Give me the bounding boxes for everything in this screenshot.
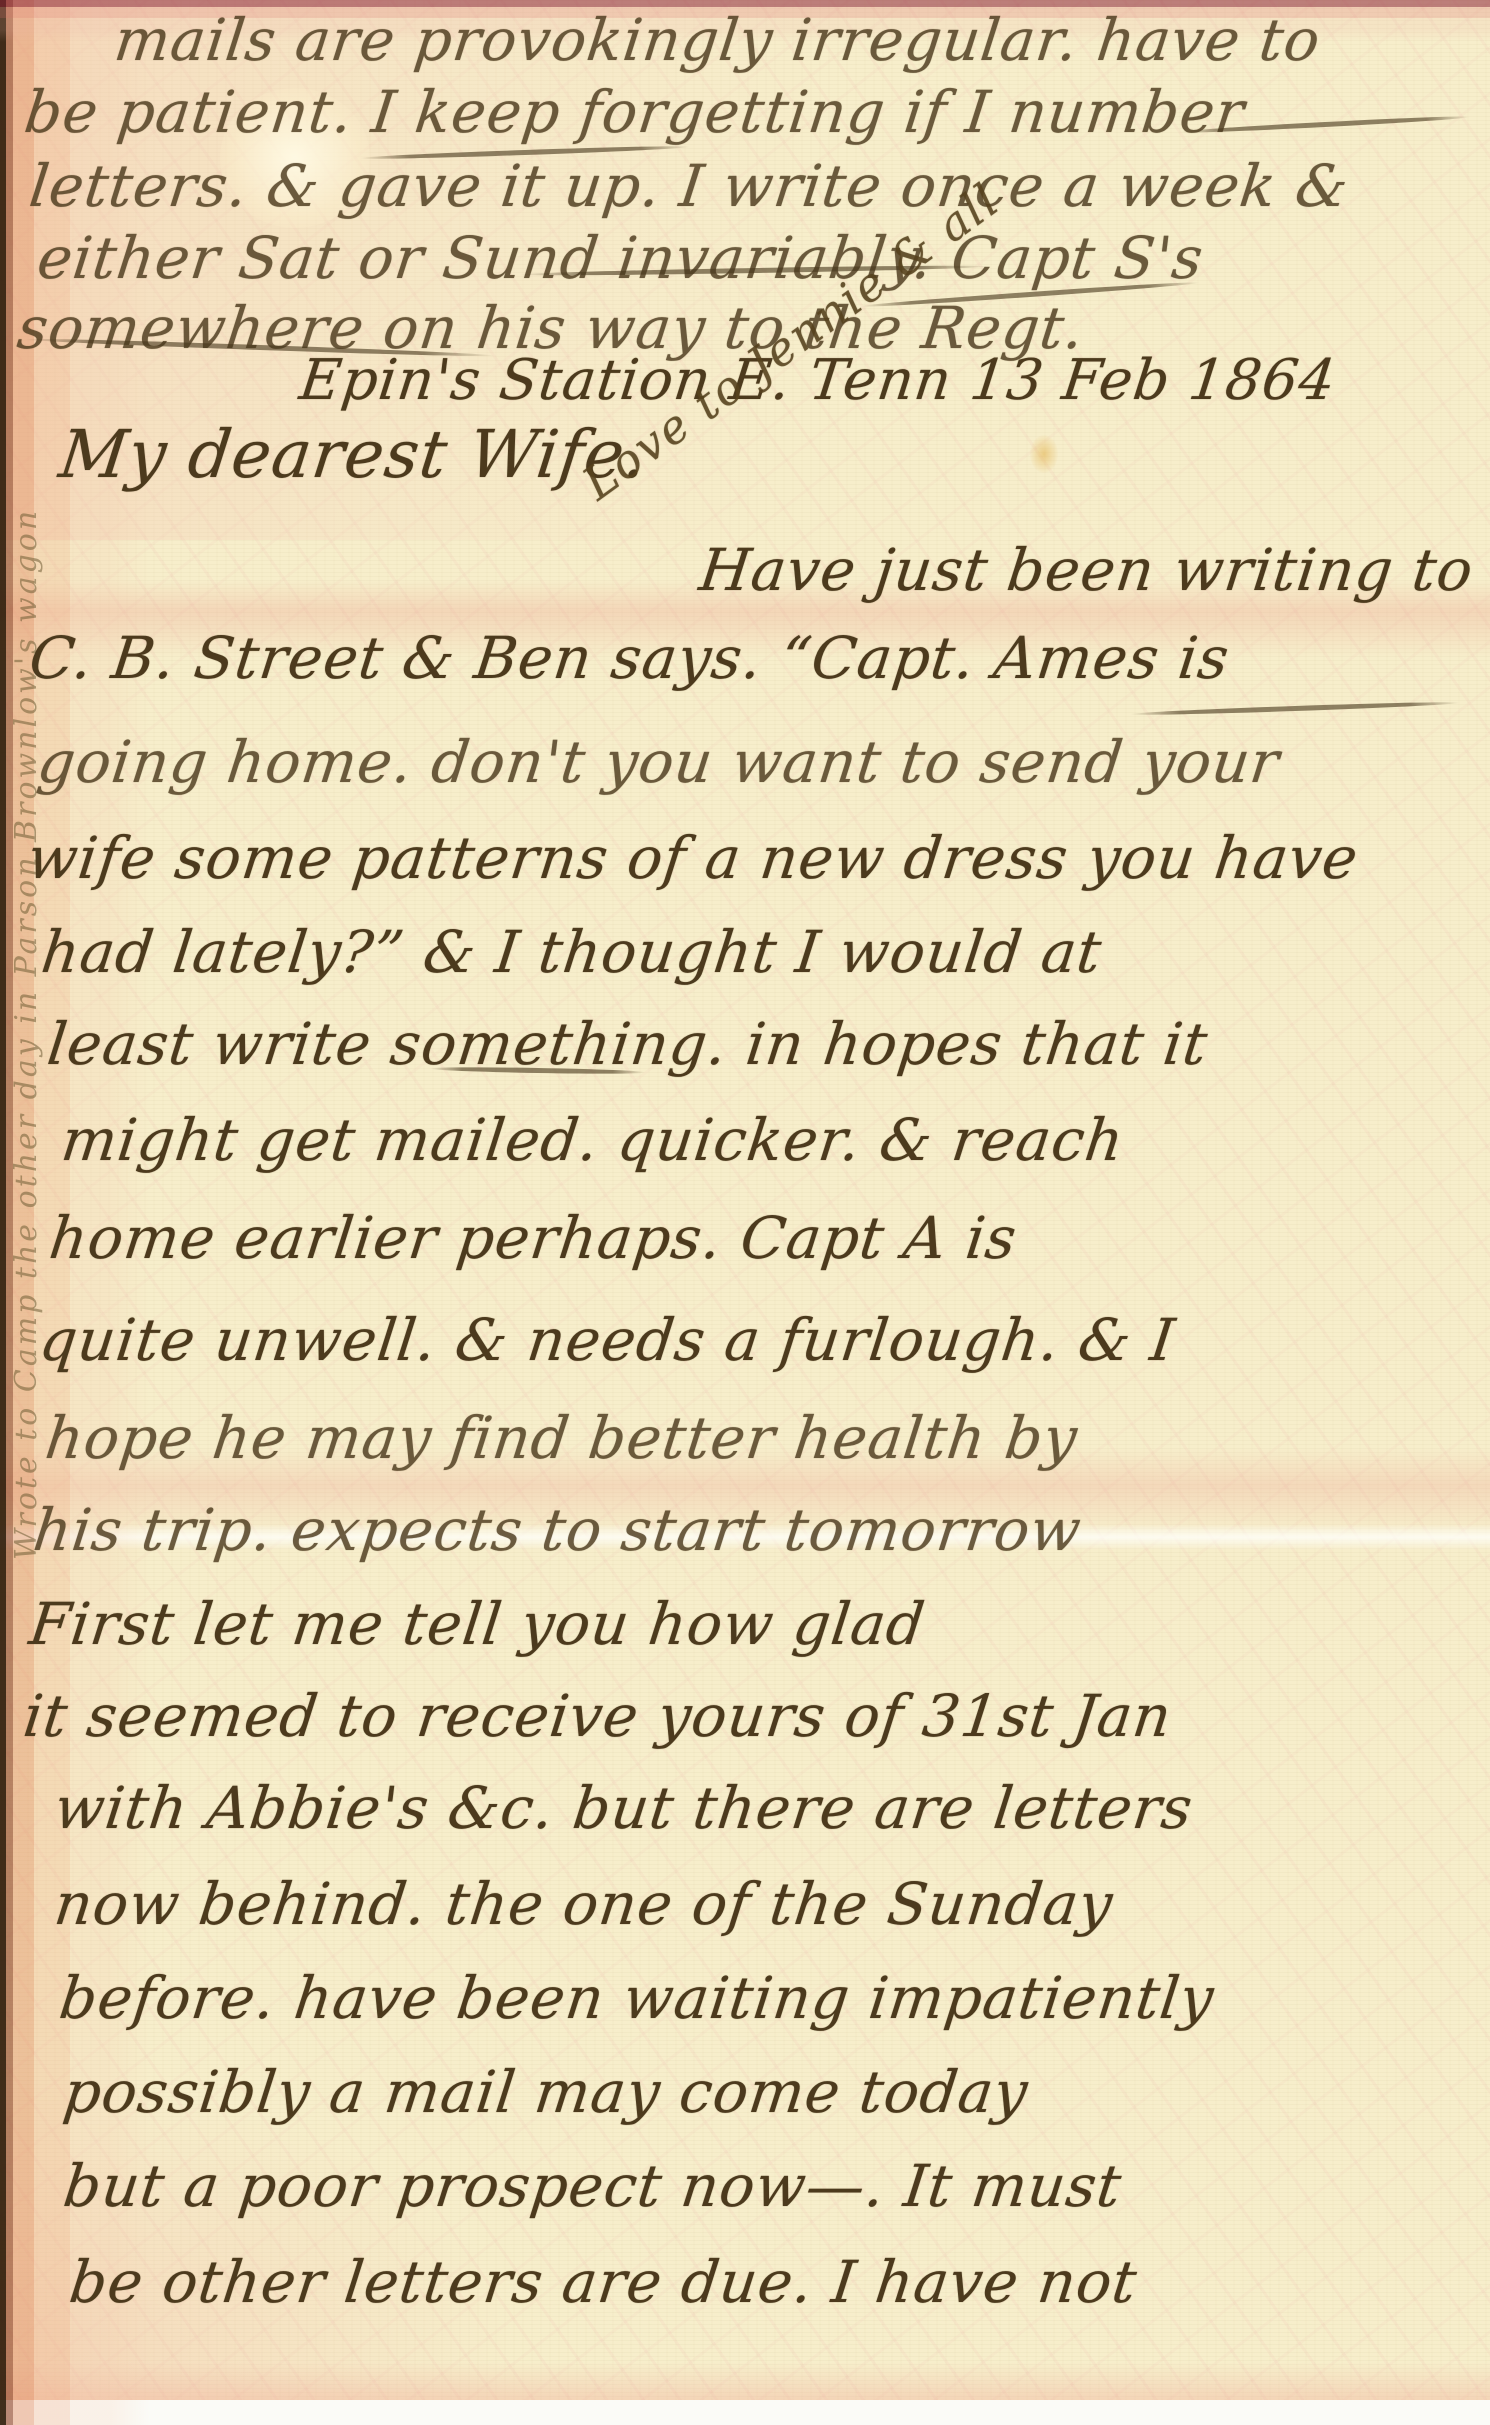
letter-line: before. have been waiting impatiently (56, 1968, 1217, 2029)
letter-line: but a poor prospect now—. It must (60, 2156, 1125, 2217)
paper-spot (1030, 435, 1058, 473)
letter-line: now behind. the one of the Sunday (51, 1874, 1116, 1935)
letter-line: with Abbie's &c. but there are letters (51, 1778, 1196, 1839)
letter-line: had lately?” & I thought I would at (38, 922, 1105, 983)
letter-line: least write something. in hopes that it (44, 1014, 1211, 1075)
letter-page: mails are provokingly irregular. have to… (0, 0, 1490, 2425)
letter-line: might get mailed. quicker. & reach (58, 1110, 1127, 1171)
letter-line: First let me tell you how glad (26, 1594, 928, 1655)
letter-line: home earlier perhaps. Capt A is (46, 1208, 1020, 1269)
letter-line: either Sat or Sund invariably. Capt S's (34, 228, 1207, 289)
letter-line: be patient. I keep forgetting if I numbe… (21, 82, 1248, 143)
fold-band (0, 2362, 1490, 2402)
letter-line: going home. don't you want to send your (34, 732, 1283, 793)
letter-line: quite unwell. & needs a furlough. & I (36, 1310, 1178, 1371)
letter-line: wife some patterns of a new dress you ha… (24, 828, 1362, 889)
salutation: My dearest Wife. (56, 420, 651, 489)
letter-line: hope he may find better health by (42, 1408, 1081, 1469)
letter-line: his trip. expects to start tomorrow (30, 1500, 1085, 1561)
letter-line: letters. & gave it up. I write once a we… (26, 156, 1352, 217)
letter-line: it seemed to receive yours of 31st Jan (20, 1686, 1175, 1747)
letter-line: be other letters are due. I have not (66, 2252, 1140, 2313)
scan-edge-bottom (0, 2400, 1490, 2425)
place-date-line: Epin's Station E. Tenn 13 Feb 1864 (296, 352, 1339, 411)
letter-line: C. B. Street & Ben says. “Capt. Ames is (26, 628, 1233, 689)
letter-line: possibly a mail may come today (60, 2062, 1031, 2123)
letter-line: Have just been writing to (696, 540, 1477, 601)
vertical-margin-note: Wrote to Camp the other day in Parson Br… (12, 310, 42, 1560)
letter-line: mails are provokingly irregular. have to (111, 10, 1324, 71)
